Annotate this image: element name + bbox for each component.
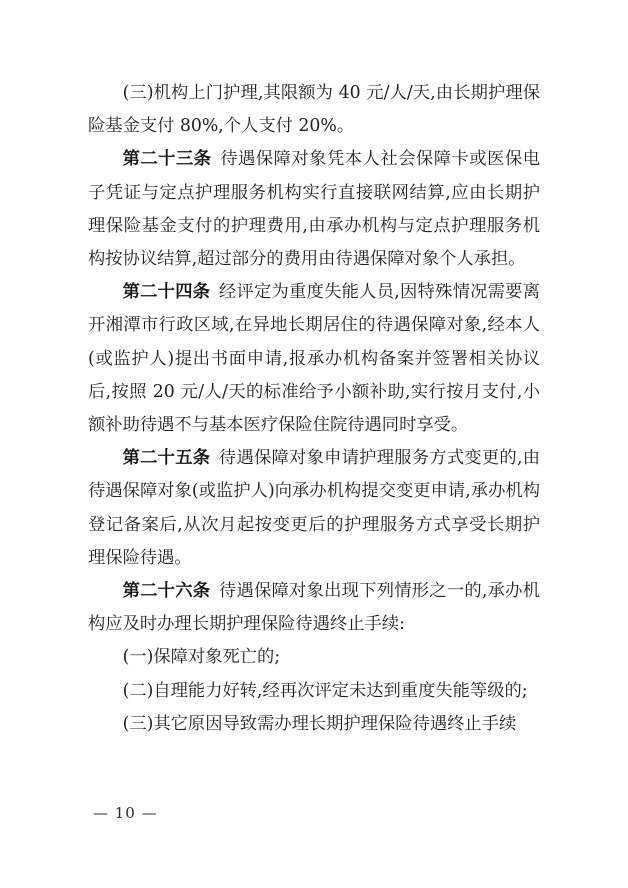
paragraph-text: (三)机构上门护理,其限额为 40 元/人/天,由长期护理保险基金支付 80%,…	[88, 83, 540, 136]
paragraph-text: 经评定为重度失能人员,因特殊情况需要离开湘潭市行政区域,在异地长期居住的待遇保障…	[88, 282, 540, 435]
article-24-paragraph: 第二十四条经评定为重度失能人员,因特殊情况需要离开湘潭市行政区域,在异地长期居住…	[88, 276, 540, 442]
paragraph-text: (二)自理能力好转,经再次评定未达到重度失能等级的;	[123, 681, 528, 701]
article-26-item-3: (三)其它原因导致需办理长期护理保险待遇终止手续	[88, 708, 540, 741]
article-26-item-2: (二)自理能力好转,经再次评定未达到重度失能等级的;	[88, 675, 540, 708]
document-page: (三)机构上门护理,其限额为 40 元/人/天,由长期护理保险基金支付 80%,…	[0, 0, 628, 888]
article-26-paragraph: 第二十六条待遇保障对象出现下列情形之一的,承办机构应及时办理长期护理保险待遇终止…	[88, 575, 540, 641]
article-24-term: 第二十四条	[123, 282, 211, 302]
page-number-footer: — 10 —	[93, 804, 158, 822]
clause-3-home-care-paragraph: (三)机构上门护理,其限额为 40 元/人/天,由长期护理保险基金支付 80%,…	[88, 77, 540, 143]
paragraph-text: (三)其它原因导致需办理长期护理保险待遇终止手续	[123, 714, 517, 734]
document-text-block: (三)机构上门护理,其限额为 40 元/人/天,由长期护理保险基金支付 80%,…	[88, 77, 540, 741]
article-23-term: 第二十三条	[123, 149, 212, 169]
article-23-paragraph: 第二十三条待遇保障对象凭本人社会保障卡或医保电子凭证与定点护理服务机构实行直接联…	[88, 143, 540, 276]
article-25-paragraph: 第二十五条待遇保障对象申请护理服务方式变更的,由待遇保障对象(或监护人)向承办机…	[88, 442, 540, 575]
article-25-term: 第二十五条	[123, 448, 211, 468]
article-26-term: 第二十六条	[123, 581, 211, 601]
paragraph-text: (一)保障对象死亡的;	[123, 647, 281, 667]
article-26-item-1: (一)保障对象死亡的;	[88, 641, 540, 674]
